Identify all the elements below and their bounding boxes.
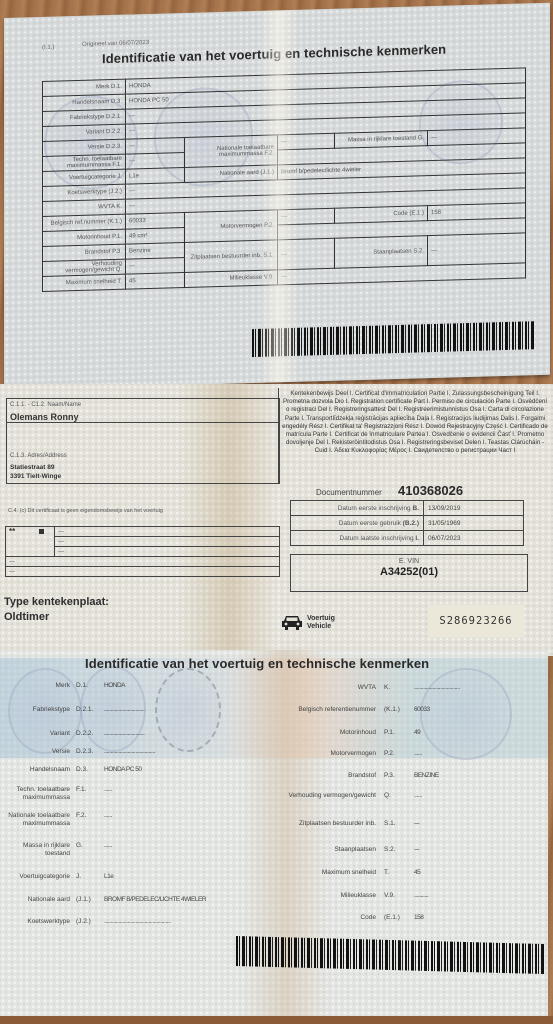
date-label: Datum eerste gebruik [339,520,401,527]
plate-type-label: Type kentekenplaat: [4,595,109,609]
field-value: ...... [104,786,112,793]
field-label: Motorinhoud [270,729,376,737]
field-code: K. [384,684,390,691]
ownership-note: C.4. (c) Dit certificaat is geen eigendo… [8,508,163,514]
extra-row: --- [55,527,280,537]
value-fuel: Benzine [126,242,185,259]
field-code: P.3. [384,772,395,779]
field-label: Versie [0,748,70,756]
form-code: (I.1.) [42,45,54,51]
issued-note: Origineel van 06/07/2023 [82,40,149,48]
field-label: Staanplaatsen [270,846,376,854]
value-version: --- [126,137,185,154]
car-icon [282,614,302,630]
value-vehicle-category: L1e [126,167,185,184]
field-code: (J.1.) [76,896,91,903]
extra-row: --- [55,537,280,547]
dates-table: Datum eerste inschrijving B. 13/09/2019 … [290,500,524,546]
date-code: (B.2.) [403,520,419,527]
label-standing: Staanplaatsen S.2. [335,236,428,269]
field-value: 158 [414,914,423,921]
field-value: ........... [414,892,428,899]
value-tech-max-mass: --- [126,152,185,169]
value-engine-capacity: 49 cm³ [126,227,185,244]
value-national-max-mass: --- [278,133,335,150]
field-value: 45 [414,869,420,876]
field-code: F.1. [76,786,86,793]
date-first-registration: 13/09/2019 [424,501,524,516]
field-label: Verhouding vermogen/gewicht [270,792,376,800]
field-label: Voertuigcategorie [0,873,70,881]
field-value: 60033 [414,706,430,713]
field-code: S.1. [384,820,396,827]
field-code: P.2. [384,750,395,757]
multilang-title: Kentekenbewijs Deel I. Certificat d'imma… [282,390,548,456]
value-belgian-ref: 60033 [126,212,185,229]
field-label: Techn. toelaatbare maximummassa [0,786,70,802]
field-code: (K.1.) [384,706,400,713]
field-label: Maximum snelheid [270,869,376,877]
field-label: Handelsnaam [0,766,70,774]
field-value: ...... [414,750,422,757]
date-first-use: 31/05/1969 [424,516,524,531]
label-engine-power: Motorvermogen P.2. [185,210,278,243]
serial-number: S286923266 [428,605,524,637]
label-env-class: Milieuklasse V.9. [185,270,278,288]
field-code: D.1. [76,682,88,689]
vin-box: E. VIN A34252(01) [290,554,528,592]
address-label: C.1.3. Adres/Address [10,453,67,459]
address-line-1: Statiestraat 89 [10,463,54,472]
field-value: L1e [104,873,113,880]
address-line-2: 3391 Tielt-Winge [10,472,61,481]
technical-details-sheet-top: (I.1.) Origineel van 06/07/2023 Identifi… [4,3,550,390]
registration-certificate: C.1.1. - C1.2. Naam/Name Olemans Ronny C… [0,384,553,656]
label-seats: Zitplaatsen bestuurder inb. S.1. [185,240,278,273]
extra-row: --- [55,547,280,557]
wooden-table-edge [0,1016,553,1024]
field-label: Koetswerktype [0,918,70,926]
vin-value: A34252(01) [291,566,527,578]
field-value: ................................... [414,684,460,691]
date-last-registration: 06/07/2023 [424,531,524,546]
field-value: BROMF B/PEDELEC/LICHTE 4WIELER [104,896,206,903]
barcode [252,321,534,357]
field-code: (J.2.) [76,918,91,925]
value-power-weight: --- [126,257,185,274]
field-label: WVTA [270,684,376,692]
field-value: ............................... [104,730,144,737]
vehicle-label-nl: Voertuig [307,615,335,623]
date-label: Datum eerste inschrijving [338,505,411,512]
field-label: Nationale aard [0,896,70,904]
field-label: Milieuklasse [270,892,376,900]
field-code: F.2. [76,812,86,819]
field-value: ....................................... [104,748,155,755]
field-label: Zitplaatsen bestuurder inb. [270,820,376,828]
checkbox-icon [39,529,44,534]
field-code: (E.1.) [384,914,400,921]
field-code: P.1. [384,729,395,736]
field-code: Q. [384,792,391,799]
field-label: Fabriekstype [0,706,70,714]
field-value: ...... [104,842,112,849]
owner-name: Olemans Ronny [10,412,79,422]
field-value: BENZINE [414,772,439,779]
extra-row: --- [6,567,280,577]
date-label: Datum laatste inschrijving [340,535,414,542]
field-label: Belgisch referentienummer [270,706,376,714]
label-national-max-mass: Nationale toelaatbare maximummassa F.2. [185,135,278,168]
field-code: D.2.1. [76,706,93,713]
field-code: D.3. [76,766,88,773]
technical-details-sheet-bottom: Identificatie van het voertuig en techni… [0,650,548,1024]
field-code: S.2. [384,846,396,853]
field-label: Merk [0,682,70,690]
owner-name-label: C.1.1. - C1.2. Naam/Name [10,402,81,408]
field-value: --- [414,846,419,853]
field-code: J. [76,873,81,880]
field-value: 49 [414,729,420,736]
technical-table: Merk D.1. HONDA Handelsnaam D.3. HONDA P… [42,67,526,292]
field-label: Brandstof [270,772,376,780]
field-label: Code [270,914,376,922]
date-code: I. [415,535,419,542]
field-code: T. [384,869,389,876]
field-value: --- [414,820,419,827]
watermark-wheel-icon [420,668,512,760]
sheet-title: Identificatie van het voertuig en techni… [102,42,446,67]
value-max-speed: 45 [126,272,185,289]
date-code: B. [413,505,420,512]
sheet-title: Identificatie van het voertuig en techni… [85,656,429,671]
value-standing: --- [428,233,526,266]
field-value: ............................... [104,706,144,713]
field-label: Nationale toelaatbare maximummassa [0,812,70,828]
extra-row: --- [6,557,280,567]
field-label: Massa in rijklare toestand [0,842,70,858]
field-value: HONDA PC 50 [104,766,142,773]
field-code: D.2.2. [76,730,93,737]
field-label: Motorvermogen [270,750,376,758]
field-value: HONDA [104,682,125,689]
field-value: ...... [414,792,422,799]
watermark-spoked-wheel-icon [155,668,221,752]
document-number-label: Documentnummer [316,488,382,497]
vin-label: E. VIN [291,558,527,565]
field-code: D.2.3. [76,748,93,755]
field-value: ...... [104,812,112,819]
label-max-speed: Maximum snelheid T. [43,274,126,291]
value-seats: --- [278,238,335,270]
field-code: G. [76,842,83,849]
plate-type-value: Oldtimer [4,610,49,624]
extra-info-table: ** --- --- --- --- --- [5,526,280,577]
value-engine-power: --- [278,208,335,225]
vehicle-label-en: Vehicle [307,623,331,631]
field-code: V.9. [384,892,395,899]
field-value: ........................................… [104,918,171,925]
field-label: Variant [0,730,70,738]
document-number: 410368026 [398,483,463,498]
marker: ** [9,527,15,536]
